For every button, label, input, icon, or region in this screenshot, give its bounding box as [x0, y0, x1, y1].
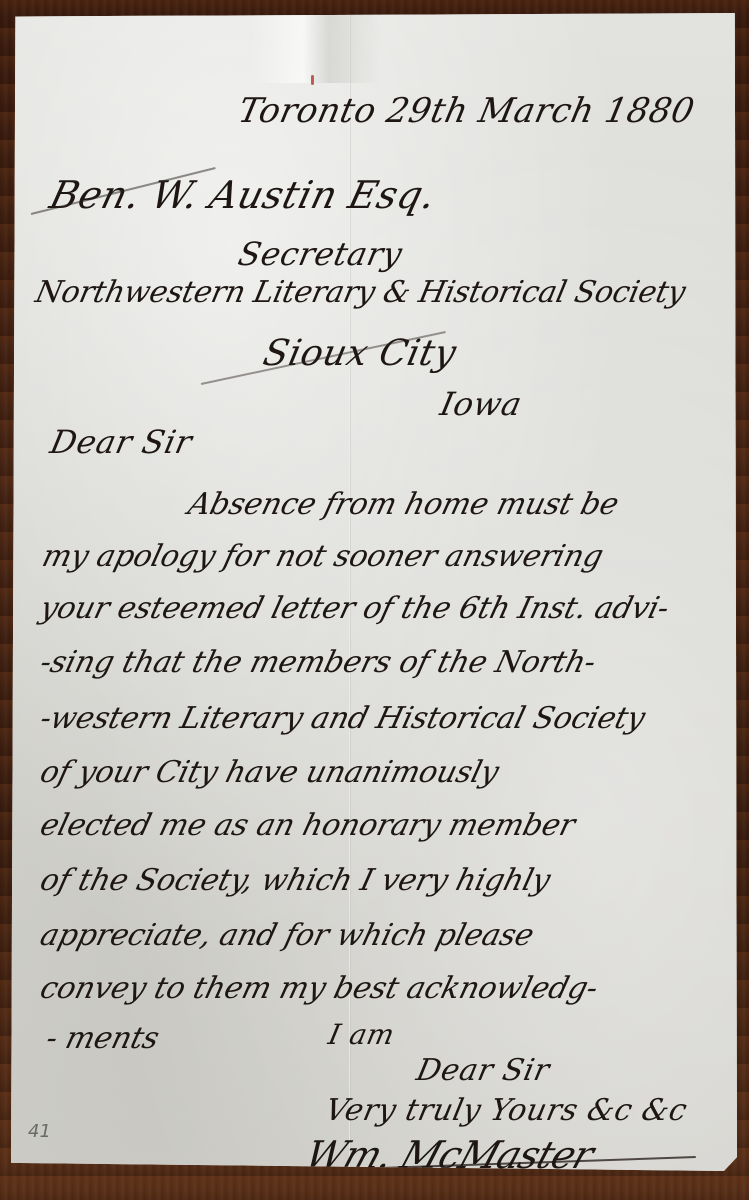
body-line: my apology for not sooner answering: [39, 539, 607, 574]
salutation: Dear Sir: [47, 423, 196, 461]
red-ink-mark: [311, 75, 314, 85]
body-line: elected me as an honorary member: [37, 808, 579, 843]
closing-line: Dear Sir: [413, 1053, 553, 1088]
addressee-organization: Northwestern Literary & Historical Socie…: [32, 275, 688, 310]
dateline: Toronto 29th March 1880: [235, 91, 698, 131]
body-line: of the Society, which I very highly: [37, 863, 554, 898]
body-line: your esteemed letter of the 6th Inst. ad…: [37, 591, 673, 626]
closing-line: I am: [325, 1018, 397, 1051]
body-line: -sing that the members of the North-: [37, 645, 600, 680]
addressee-title: Secretary: [235, 235, 406, 273]
top-crease: [251, 13, 381, 83]
pencil-number: 41: [28, 1121, 51, 1142]
body-line: convey to them my best acknowledg-: [37, 971, 602, 1006]
body-line: appreciate, and for which please: [37, 918, 538, 953]
body-line: of your City have unanimously: [37, 755, 503, 790]
signature: Wm. McMaster: [300, 1133, 599, 1177]
closing-line: Very truly Yours &c &c: [322, 1093, 690, 1128]
body-line: - ments: [43, 1021, 163, 1056]
addressee-state: Iowa: [437, 385, 525, 423]
body-line: Absence from home must be: [185, 487, 622, 522]
letter-paper: Toronto 29th March 1880 Ben. W. Austin E…: [11, 13, 737, 1171]
addressee-city: Sioux City: [260, 333, 460, 374]
body-line: -western Literary and Historical Society: [37, 701, 649, 736]
